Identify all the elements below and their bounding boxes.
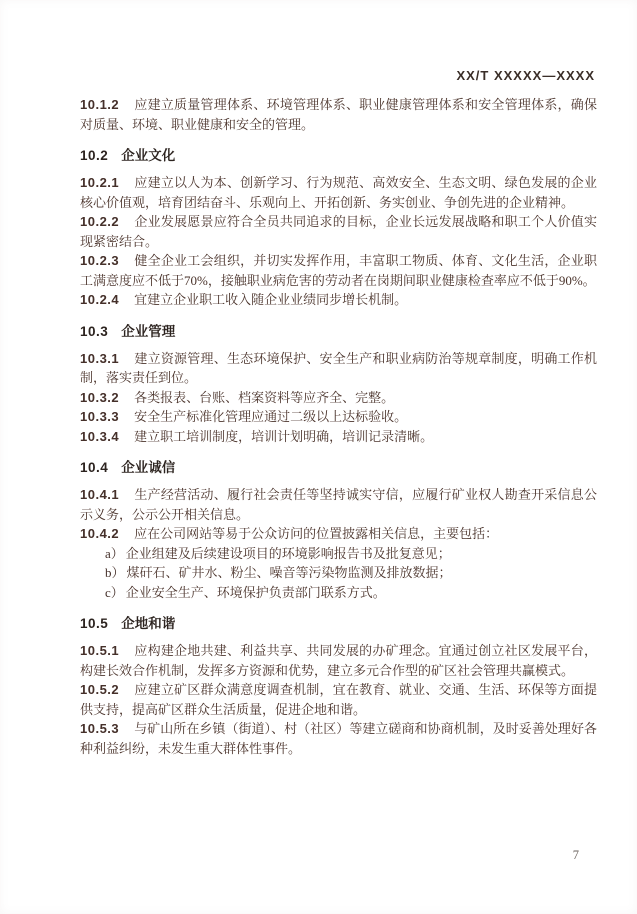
clause-number: 10.1.2	[80, 97, 119, 112]
clause-number: 10.5.2	[80, 682, 119, 697]
clause-10-3-4: 10.3.4建立职工培训制度，培训计划明确，培训记录清晰。	[80, 427, 597, 447]
clause-number: 10.4.2	[80, 526, 119, 541]
list-item-text: 企业安全生产、环境保护负责部门联系方式。	[126, 585, 386, 600]
clause-number: 10.3.2	[80, 390, 119, 405]
clause-10-3-1: 10.3.1建立资源管理、生态环境保护、安全生产和职业病防治等规章制度，明确工作…	[80, 349, 597, 388]
clause-number: 10.2.3	[80, 253, 119, 268]
list-item-marker: b）	[105, 565, 125, 580]
section-heading-10-4: 10.4企业诚信	[80, 458, 597, 478]
list-item-b: b）煤矸石、矿井水、粉尘、噪音等污染物监测及排放数据；	[80, 563, 597, 583]
list-item-c: c）企业安全生产、环境保护负责部门联系方式。	[80, 583, 597, 603]
section-heading-10-5: 10.5企地和谐	[80, 614, 597, 634]
clause-10-5-3: 10.5.3与矿山所在乡镇（街道）、村（社区）等建立磋商和协商机制，及时妥善处理…	[80, 719, 597, 758]
clause-text: 各类报表、台账、档案资料等应齐全、完整。	[134, 390, 394, 405]
clause-number: 10.4.1	[80, 487, 119, 502]
list-item-text: 煤矸石、矿井水、粉尘、噪音等污染物监测及排放数据；	[127, 565, 452, 580]
clause-text: 宜建立企业职工收入随企业业绩同步增长机制。	[134, 292, 407, 307]
clause-number: 10.3.3	[80, 409, 119, 424]
clause-text: 应建立质量管理体系、环境管理体系、职业健康管理体系和安全管理体系，确保对质量、环…	[80, 97, 597, 132]
clause-number: 10.2.2	[80, 214, 119, 229]
document-body: 10.1.2应建立质量管理体系、环境管理体系、职业健康管理体系和安全管理体系，确…	[80, 95, 597, 758]
clause-text: 应建立矿区群众满意度调查机制，宜在教育、就业、交通、生活、环保等方面提供支持，提…	[80, 682, 597, 717]
list-item-marker: a）	[105, 546, 124, 561]
list-item-marker: c）	[105, 585, 124, 600]
clause-text: 安全生产标准化管理应通过二级以上达标验收。	[134, 409, 407, 424]
section-heading-10-3: 10.3企业管理	[80, 322, 597, 342]
list-item-a: a）企业组建及后续建设项目的环境影响报告书及批复意见；	[80, 544, 597, 564]
clause-text: 建立资源管理、生态环境保护、安全生产和职业病防治等规章制度，明确工作机制，落实责…	[80, 351, 597, 386]
clause-text: 生产经营活动、履行社会责任等坚持诚实守信，应履行矿业权人勘查开采信息公示义务，公…	[80, 487, 597, 522]
clause-number: 10.5.3	[80, 721, 119, 736]
list-item-text: 企业组建及后续建设项目的环境影响报告书及批复意见；	[126, 546, 451, 561]
page-number: 7	[573, 848, 579, 863]
clause-text: 健全企业工会组织，并切实发挥作用，丰富职工物质、体育、文化生活，企业职工满意度应…	[80, 253, 597, 288]
clause-10-1-2: 10.1.2应建立质量管理体系、环境管理体系、职业健康管理体系和安全管理体系，确…	[80, 95, 597, 134]
clause-number: 10.2.1	[80, 175, 119, 190]
document-page: XX/T XXXXX—XXXX 10.1.2应建立质量管理体系、环境管理体系、职…	[0, 0, 637, 914]
heading-number: 10.3	[80, 324, 108, 339]
heading-text: 企业诚信	[121, 460, 175, 475]
clause-10-4-2: 10.4.2应在公司网站等易于公众访问的位置披露相关信息，主要包括：	[80, 524, 597, 544]
clause-number: 10.3.4	[80, 429, 119, 444]
heading-text: 企业管理	[121, 324, 175, 339]
clause-10-2-2: 10.2.2企业发展愿景应符合全员共同追求的目标，企业长远发展战略和职工个人价值…	[80, 212, 597, 251]
heading-text: 企地和谐	[121, 616, 175, 631]
clause-10-4-1: 10.4.1生产经营活动、履行社会责任等坚持诚实守信，应履行矿业权人勘查开采信息…	[80, 485, 597, 524]
clause-text: 应建立以人为本、创新学习、行为规范、高效安全、生态文明、绿色发展的企业核心价值观…	[80, 175, 597, 210]
clause-10-3-3: 10.3.3安全生产标准化管理应通过二级以上达标验收。	[80, 407, 597, 427]
clause-10-3-2: 10.3.2各类报表、台账、档案资料等应齐全、完整。	[80, 388, 597, 408]
clause-10-2-3: 10.2.3健全企业工会组织，并切实发挥作用，丰富职工物质、体育、文化生活，企业…	[80, 251, 597, 290]
section-heading-10-2: 10.2企业文化	[80, 146, 597, 166]
heading-text: 企业文化	[121, 148, 175, 163]
clause-10-2-1: 10.2.1应建立以人为本、创新学习、行为规范、高效安全、生态文明、绿色发展的企…	[80, 173, 597, 212]
clause-text: 建立职工培训制度，培训计划明确，培训记录清晰。	[134, 429, 433, 444]
clause-10-2-4: 10.2.4宜建立企业职工收入随企业业绩同步增长机制。	[80, 290, 597, 310]
heading-number: 10.4	[80, 460, 108, 475]
clause-10-5-1: 10.5.1应构建企地共建、利益共享、共同发展的办矿理念。宜通过创立社区发展平台…	[80, 641, 597, 680]
clause-number: 10.3.1	[80, 351, 119, 366]
clause-number: 10.5.1	[80, 643, 119, 658]
clause-10-5-2: 10.5.2应建立矿区群众满意度调查机制，宜在教育、就业、交通、生活、环保等方面…	[80, 680, 597, 719]
heading-number: 10.5	[80, 616, 108, 631]
doc-number-header: XX/T XXXXX—XXXX	[456, 68, 595, 83]
clause-text: 企业发展愿景应符合全员共同追求的目标，企业长远发展战略和职工个人价值实现紧密结合…	[80, 214, 597, 249]
clause-number: 10.2.4	[80, 292, 119, 307]
heading-number: 10.2	[80, 148, 108, 163]
clause-text: 应构建企地共建、利益共享、共同发展的办矿理念。宜通过创立社区发展平台，构建长效合…	[80, 643, 597, 678]
clause-text: 与矿山所在乡镇（街道）、村（社区）等建立磋商和协商机制，及时妥善处理好各种利益纠…	[80, 721, 597, 756]
clause-text: 应在公司网站等易于公众访问的位置披露相关信息，主要包括：	[134, 526, 498, 541]
